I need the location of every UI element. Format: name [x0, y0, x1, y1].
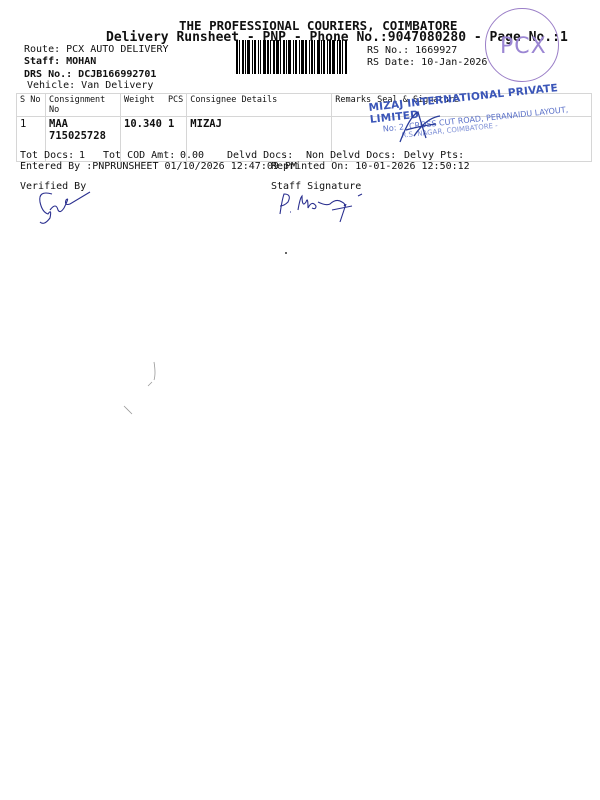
stray-dot	[285, 252, 287, 254]
barcode	[236, 40, 364, 74]
col-weight: Weight	[121, 94, 165, 117]
col-consignee: Consignee Details	[187, 94, 332, 117]
reprinted-on: Reprinted On: 10-01-2026 12:50:12	[271, 161, 470, 172]
seal-signature-icon	[396, 108, 446, 146]
non-delvd-docs: Non Delvd Docs:	[306, 150, 396, 161]
delvd-docs: Delvd Docs:	[227, 150, 293, 161]
tot-docs-value: 1	[79, 150, 85, 161]
stray-mark-icon	[120, 360, 160, 420]
tot-cod-label: Tot COD Amt:	[103, 150, 175, 161]
pcx-stamp-text: PCX	[500, 34, 547, 59]
staff: Staff: MOHAN	[24, 56, 96, 67]
route: Route: PCX AUTO DELIVERY	[24, 44, 169, 55]
tot-docs-label: Tot Docs:	[20, 150, 74, 161]
tot-cod-value: 0.00	[180, 150, 204, 161]
staff-signature-icon	[272, 190, 382, 226]
vehicle: Vehicle: Van Delivery	[27, 80, 153, 91]
entered-by: Entered By :PNPRUNSHEET 01/10/2026 12:47…	[20, 161, 297, 172]
verified-signature-icon	[30, 188, 92, 230]
col-sno: S No	[17, 94, 46, 117]
drs-number: DRS No.: DCJB166992701	[24, 69, 156, 80]
col-consignment: Consignment No	[46, 94, 121, 117]
rs-number: RS No.: 1669927	[367, 45, 457, 56]
rs-date: RS Date: 10-Jan-2026	[367, 57, 487, 68]
delvy-pts: Delvy Pts:	[404, 150, 464, 161]
col-pcs: PCS	[165, 94, 187, 117]
